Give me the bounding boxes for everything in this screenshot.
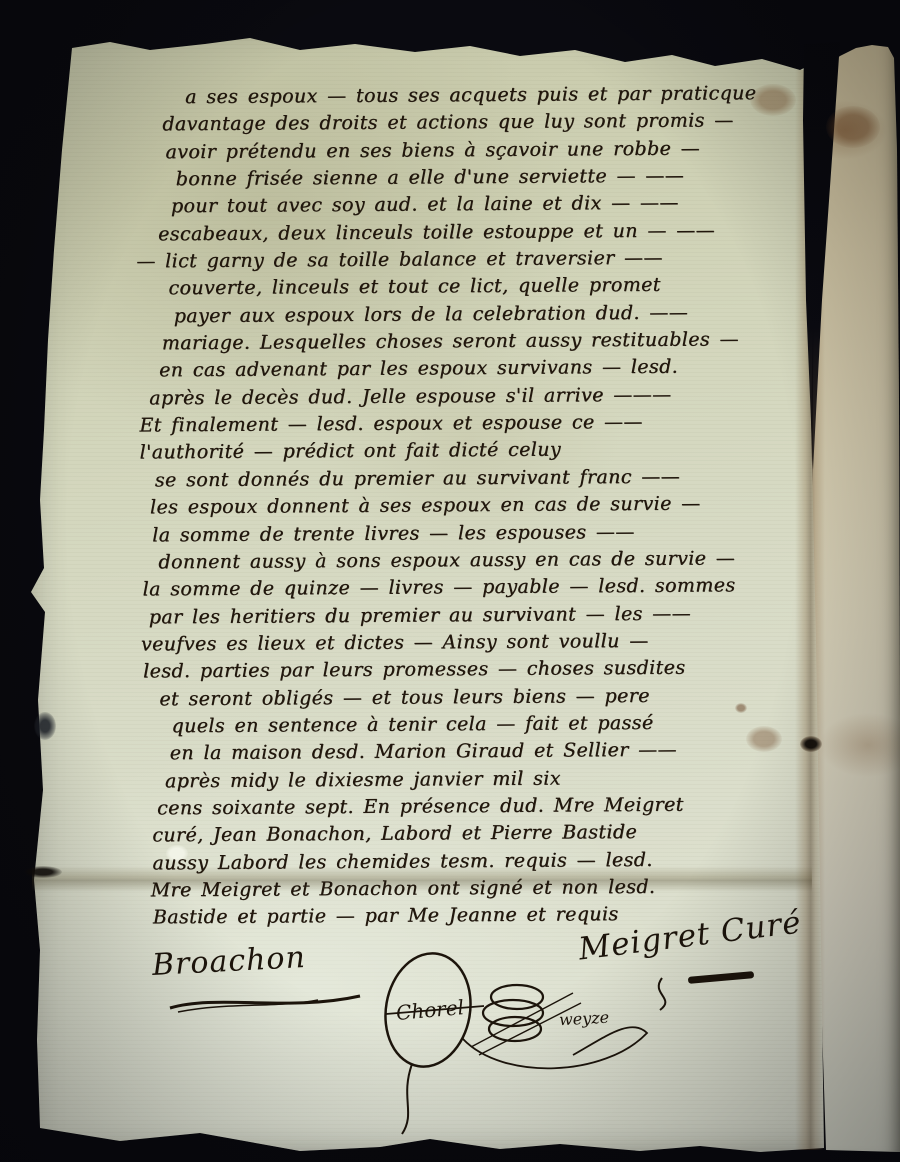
meigret-descender-loop <box>632 976 692 1016</box>
manuscript-line: a ses espoux — tous ses acquets puis et … <box>185 82 817 114</box>
brown-stain-leaf-edge <box>826 106 880 148</box>
signature-paraph-label: weyze <box>559 1008 610 1030</box>
left-edge-ink-blot <box>34 712 56 740</box>
manuscript-photo: a ses espoux — tous ses acquets puis et … <box>0 0 900 1162</box>
handwritten-text-block: a ses espoux — tous ses acquets puis et … <box>155 82 823 934</box>
left-edge-ink-mark <box>24 866 62 878</box>
broachon-flourish <box>168 990 368 1020</box>
